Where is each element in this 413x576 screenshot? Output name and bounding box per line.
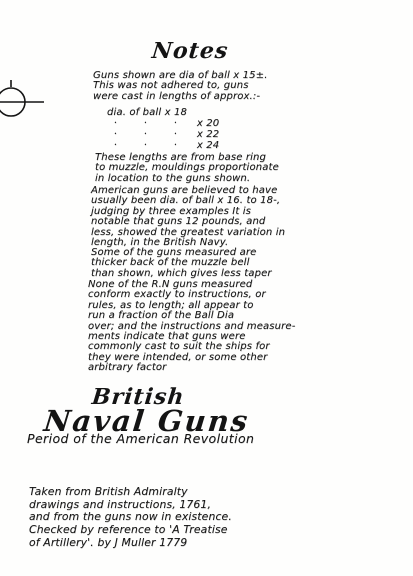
source-note: Taken from British Admiralty drawings an… — [29, 486, 232, 550]
measured-guns-paragraph: Some of the guns measured are thicker ba… — [91, 248, 272, 279]
intro-paragraph: Guns shown are dia of ball x 15±. This w… — [93, 71, 268, 102]
conformity-paragraph: None of the R.N guns measured conform ex… — [88, 280, 295, 374]
ball-diameter-table: dia. of ball x 18 · · · x 20 · · · x 22 … — [107, 107, 219, 151]
scanned-document-page: Notes Guns shown are dia of ball x 15±. … — [0, 0, 413, 576]
title-period: Period of the American Revolution — [27, 432, 254, 446]
american-guns-paragraph: American guns are believed to have usual… — [91, 186, 285, 248]
registration-crosshair-icon — [0, 78, 50, 128]
notes-title: Notes — [151, 38, 230, 64]
lengths-paragraph: These lengths are from base ring to muzz… — [95, 153, 279, 184]
